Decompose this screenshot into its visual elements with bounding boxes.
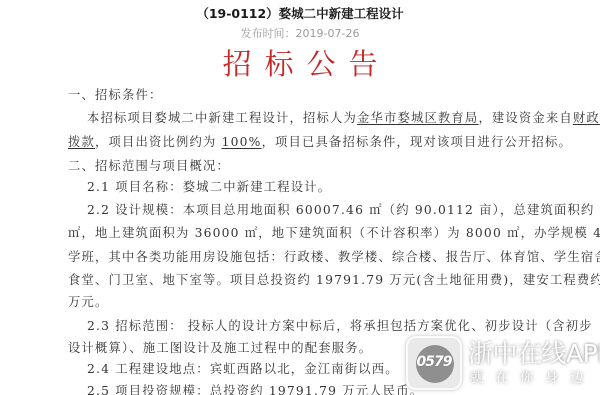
- app-logo-icon: 0579: [406, 336, 462, 390]
- slogan-char: 在: [495, 366, 520, 386]
- text-segment: ，项目已具备招标条件，现对该项目进行公开招标。: [262, 135, 572, 149]
- item-2-2-line2: ㎡，地上建筑面积为 36000 ㎡，地下建筑面积（不计容积率）为 8000 ㎡，…: [68, 223, 600, 241]
- item-2-2-line1: 2.2 设计规模：本项目总用地面积 60007.46 ㎡（约 90.0112 亩…: [87, 200, 600, 218]
- slogan-char: 边: [570, 366, 595, 386]
- document-title: （19-0112）婺城二中新建工程设计: [0, 4, 600, 22]
- notice-heading: 招标公告: [0, 42, 600, 83]
- item-2-5: 2.5 项目投资规模：总投资约 19791.79 万元人民币。: [87, 381, 423, 395]
- logo-text: 0579: [408, 354, 460, 370]
- funding-source: 财政: [573, 111, 600, 125]
- section1-heading: 一、招标条件：: [68, 85, 162, 103]
- section2-heading: 二、招标范围与项目概况：: [68, 156, 230, 174]
- watermark-slogan: 就在你身边: [470, 366, 595, 386]
- text-segment: ，建设资金来自: [478, 111, 572, 125]
- slogan-char: 就: [470, 366, 495, 386]
- slogan-char: 身: [545, 366, 570, 386]
- item-2-3-line2: 设计概算）、施工图设计及施工过程中的配套服务。: [68, 338, 372, 356]
- item-2-2-line5: 万元。: [68, 292, 109, 310]
- section1-paragraph-line2: 拨款，项目出资比例约为 100%，项目已具备招标条件，现对该项目进行公开招标。: [68, 132, 572, 150]
- tenderer-name: 金华市婺城区教育局: [357, 111, 478, 125]
- text-segment: 本招标项目婺城二中新建工程设计，招标人为: [87, 111, 357, 125]
- slogan-char: 你: [520, 366, 545, 386]
- item-2-3-line1: 2.3 招标范围： 投标人的设计方案中标后，将承担包括方案优化、初步设计（含初步: [87, 316, 593, 334]
- funding-ratio: 100%: [222, 135, 262, 149]
- watermark-brand: 浙中在线APP: [468, 334, 600, 370]
- funding-source-cont: 拨款: [68, 135, 95, 149]
- item-2-1: 2.1 项目名称：婺城二中新建工程设计。: [87, 177, 331, 195]
- text-segment: ，项目出资比例约为: [95, 135, 222, 149]
- item-2-2-line4: 食堂、门卫室、地下室等。项目总投资约 19791.79 万元(含土地征用费)，建…: [68, 270, 600, 288]
- item-2-4: 2.4 工程建设地点：宾虹西路以北，金江南街以西。: [87, 359, 399, 377]
- section1-paragraph-line1: 本招标项目婺城二中新建工程设计，招标人为金华市婺城区教育局，建设资金来自财政: [87, 108, 600, 126]
- publish-date: 发布时间：2019-07-26: [0, 25, 600, 41]
- item-2-2-line3: 学班，其中各类功能用房设施包括：行政楼、教学楼、综合楼、报告厅、体育馆、学生宿舍…: [68, 247, 600, 265]
